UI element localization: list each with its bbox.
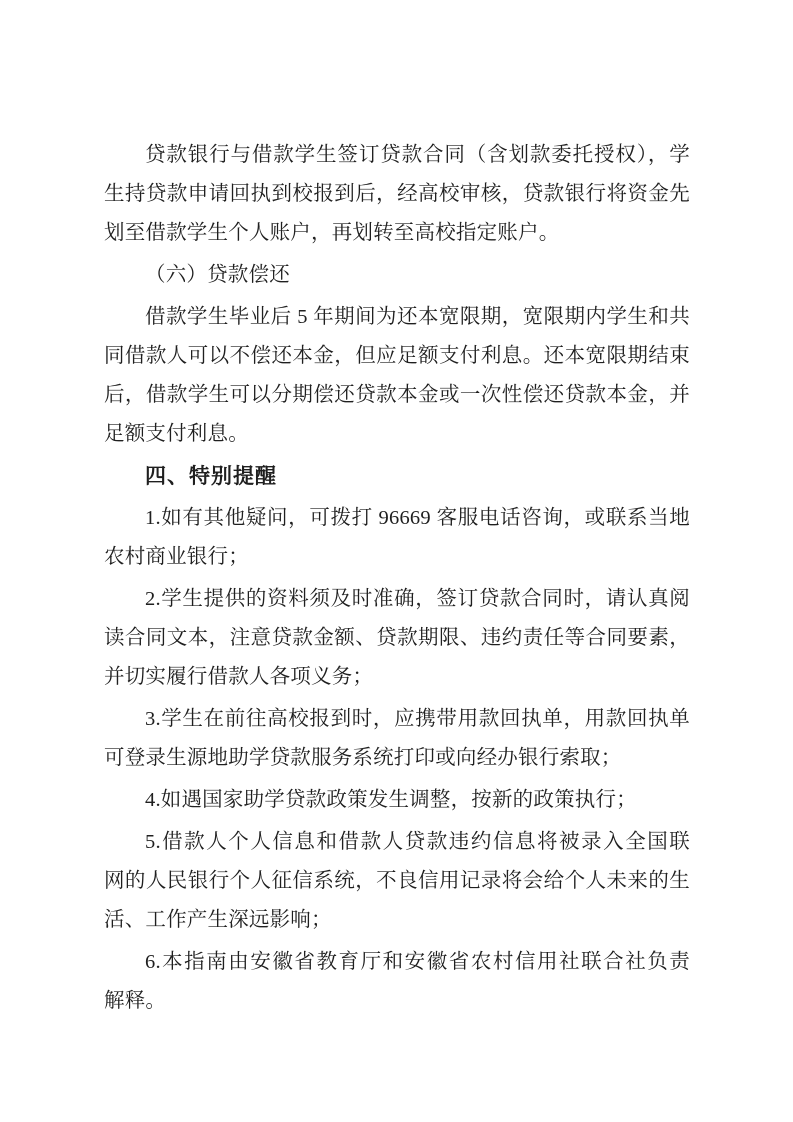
text-line: 2.学生提供的资料须及时准确，签订贷款合同时，请认真阅 [104, 580, 690, 619]
text-line: 5.借款人个人信息和借款人贷款违约信息将被录入全国联 [104, 823, 690, 862]
text-line: 同借款人可以不偿还本金，但应足额支付利息。还本宽限期结束 [104, 337, 690, 376]
text-line: （六）贷款偿还 [104, 256, 690, 295]
text-line: 解释。 [104, 982, 690, 1021]
text-line: 1.如有其他疑问，可拨打 96669 客服电话咨询，或联系当地 [104, 499, 690, 538]
reminder-item-2: 2.学生提供的资料须及时准确，签订贷款合同时，请认真阅读合同文本，注意贷款金额、… [104, 580, 690, 697]
reminder-item-5: 5.借款人个人信息和借款人贷款违约信息将被录入全国联网的人民银行个人征信系统，不… [104, 823, 690, 940]
text-line: 活、工作产生深远影响； [104, 901, 690, 940]
text-line: 6.本指南由安徽省教育厅和安徽省农村信用社联合社负责 [104, 943, 690, 982]
text-line: 借款学生毕业后 5 年期间为还本宽限期，宽限期内学生和共 [104, 298, 690, 337]
reminder-item-3: 3.学生在前往高校报到时，应携带用款回执单，用款回执单可登录生源地助学贷款服务系… [104, 700, 690, 778]
text-line: 生持贷款申请回执到校报到后，经高校审核，贷款银行将资金先 [104, 175, 690, 214]
subheading-loan-repayment: （六）贷款偿还 [104, 256, 690, 295]
text-line: 网的人民银行个人征信系统，不良信用记录将会给个人未来的生 [104, 862, 690, 901]
text-line: 3.学生在前往高校报到时，应携带用款回执单，用款回执单 [104, 700, 690, 739]
text-line: 四、特别提醒 [104, 457, 690, 496]
para-loan-disbursement: 贷款银行与借款学生签订贷款合同（含划款委托授权），学生持贷款申请回执到校报到后，… [104, 136, 690, 253]
text-line: 划至借款学生个人账户，再划转至高校指定账户。 [104, 214, 690, 253]
document-page: 贷款银行与借款学生签订贷款合同（含划款委托授权），学生持贷款申请回执到校报到后，… [0, 0, 793, 1122]
text-line: 4.如遇国家助学贷款政策发生调整，按新的政策执行； [104, 781, 690, 820]
text-line: 读合同文本，注意贷款金额、贷款期限、违约责任等合同要素， [104, 619, 690, 658]
text-line: 可登录生源地助学贷款服务系统打印或向经办银行索取； [104, 739, 690, 778]
text-line: 农村商业银行； [104, 538, 690, 577]
document-content: 贷款银行与借款学生签订贷款合同（含划款委托授权），学生持贷款申请回执到校报到后，… [0, 0, 793, 1021]
text-line: 足额支付利息。 [104, 415, 690, 454]
para-repayment-terms: 借款学生毕业后 5 年期间为还本宽限期，宽限期内学生和共同借款人可以不偿还本金，… [104, 298, 690, 454]
reminder-item-4: 4.如遇国家助学贷款政策发生调整，按新的政策执行； [104, 781, 690, 820]
text-line: 并切实履行借款人各项义务； [104, 658, 690, 697]
reminder-item-1: 1.如有其他疑问，可拨打 96669 客服电话咨询，或联系当地农村商业银行； [104, 499, 690, 577]
reminder-item-6: 6.本指南由安徽省教育厅和安徽省农村信用社联合社负责解释。 [104, 943, 690, 1021]
heading-special-reminders: 四、特别提醒 [104, 457, 690, 496]
text-line: 后，借款学生可以分期偿还贷款本金或一次性偿还贷款本金，并 [104, 376, 690, 415]
text-line: 贷款银行与借款学生签订贷款合同（含划款委托授权），学 [104, 136, 690, 175]
